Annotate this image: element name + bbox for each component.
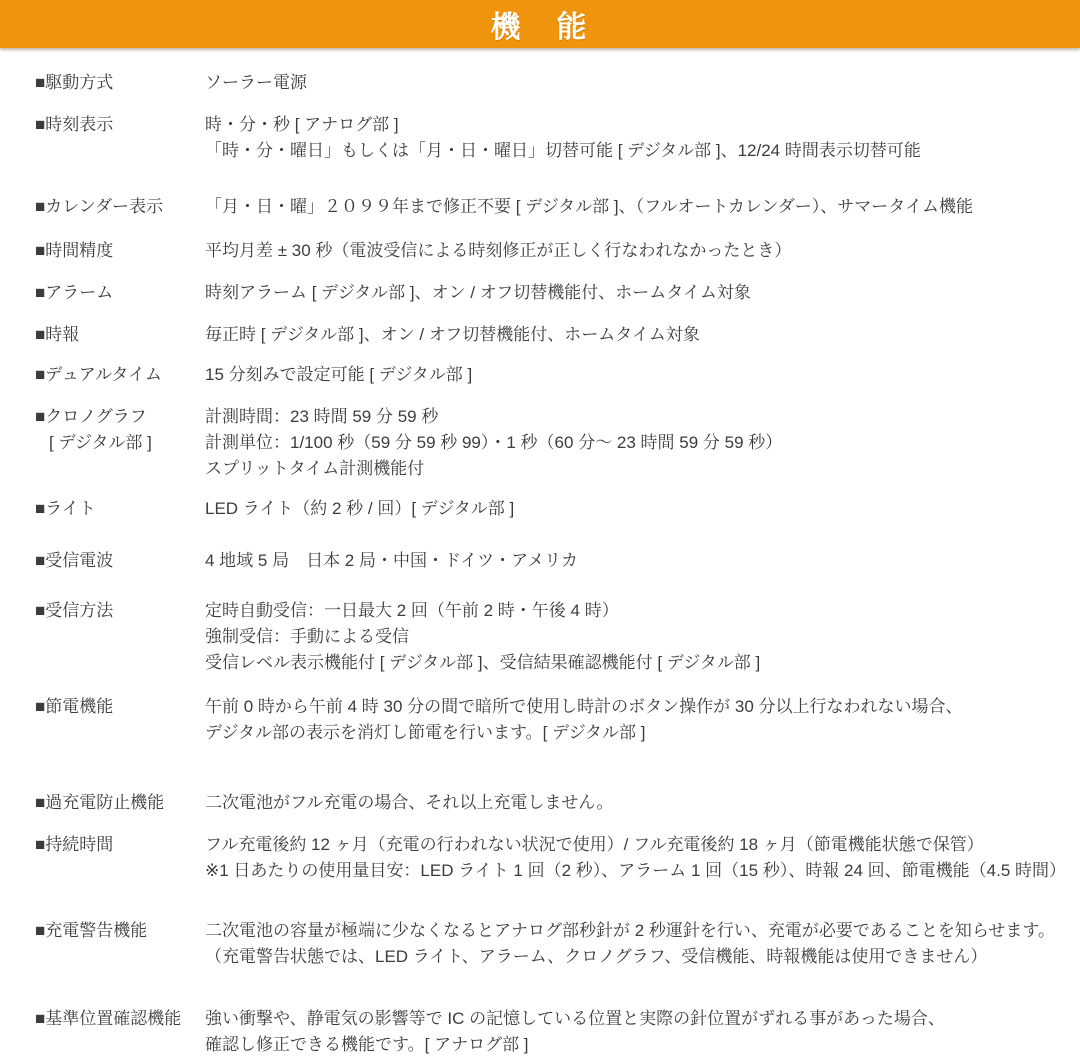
spec-line: 午前 0 時から午前 4 時 30 分の間で暗所で使用し時計のボタン操作が 30… bbox=[205, 694, 1045, 720]
spec-label: ■ライト bbox=[35, 496, 205, 522]
spec-desc: 平均月差 ± 30 秒（電波受信による時刻修正が正しく行なわれなかったとき） bbox=[205, 238, 1045, 264]
spec-line: （充電警告状態では、LED ライト、アラーム、クロノグラフ、受信機能、時報機能は… bbox=[205, 944, 1045, 970]
spec-label: ■充電警告機能 bbox=[35, 918, 205, 944]
spec-line: 4 地域 5 局 日本 2 局・中国・ドイツ・アメリカ bbox=[205, 548, 1045, 574]
spec-list: ■駆動方式 ソーラー電源 ■時刻表示 時・分・秒 [ アナログ部 ]「時・分・曜… bbox=[0, 70, 1080, 1058]
spec-label: ■クロノグラフ bbox=[35, 404, 205, 430]
spec-label-column: ■クロノグラフ [ デジタル部 ] bbox=[35, 404, 205, 456]
spec-label: ■カレンダー表示 bbox=[35, 194, 205, 220]
spec-row: ■節電機能 午前 0 時から午前 4 時 30 分の間で暗所で使用し時計のボタン… bbox=[35, 694, 1045, 746]
spec-desc: フル充電後約 12 ヶ月（充電の行われない状況で使用）/ フル充電後約 18 ヶ… bbox=[205, 832, 1045, 884]
spec-row: ■受信電波 4 地域 5 局 日本 2 局・中国・ドイツ・アメリカ bbox=[35, 548, 1045, 574]
spec-desc: 二次電池の容量が極端に少なくなるとアナログ部秒針が 2 秒運針を行い、充電が必要… bbox=[205, 918, 1045, 970]
spec-row: ■時報 毎正時 [ デジタル部 ]、オン / オフ切替機能付、ホームタイム対象 bbox=[35, 322, 1045, 348]
spec-line: 確認し修正できる機能です。[ アナログ部 ] bbox=[205, 1032, 1045, 1058]
spec-row: ■時刻表示 時・分・秒 [ アナログ部 ]「時・分・曜日」もしくは「月・日・曜日… bbox=[35, 112, 1045, 164]
spec-desc: 二次電池がフル充電の場合、それ以上充電しません。 bbox=[205, 790, 1045, 816]
spec-desc: LED ライト（約 2 秒 / 回）[ デジタル部 ] bbox=[205, 496, 1045, 522]
spec-row: ■駆動方式 ソーラー電源 bbox=[35, 70, 1045, 96]
spec-line: スプリットタイム計測機能付 bbox=[205, 456, 1045, 482]
spec-label-column: ■持続時間 bbox=[35, 832, 205, 858]
spec-row: ■ライト LED ライト（約 2 秒 / 回）[ デジタル部 ] bbox=[35, 496, 1045, 522]
spec-label-column: ■過充電防止機能 bbox=[35, 790, 205, 816]
spec-desc: 定時自動受信：一日最大 2 回（午前 2 時・午後 4 時）強制受信：手動による… bbox=[205, 598, 1045, 676]
spec-desc: 強い衝撃や、静電気の影響等で IC の記憶している位置と実際の針位置がずれる事が… bbox=[205, 1006, 1045, 1058]
spec-line: 毎正時 [ デジタル部 ]、オン / オフ切替機能付、ホームタイム対象 bbox=[205, 322, 1045, 348]
spec-row: ■デュアルタイム 15 分刻みで設定可能 [ デジタル部 ] bbox=[35, 362, 1045, 388]
spec-line: 「時・分・曜日」もしくは「月・日・曜日」切替可能 [ デジタル部 ]、12/24… bbox=[205, 138, 1045, 164]
spec-line: 15 分刻みで設定可能 [ デジタル部 ] bbox=[205, 362, 1045, 388]
spec-line: LED ライト（約 2 秒 / 回）[ デジタル部 ] bbox=[205, 496, 1045, 522]
spec-line: 時・分・秒 [ アナログ部 ] bbox=[205, 112, 1045, 138]
spec-label: ■時間精度 bbox=[35, 238, 205, 264]
spec-line: ソーラー電源 bbox=[205, 70, 1045, 96]
spec-line: 「月・日・曜」２０９９年まで修正不要 [ デジタル部 ]、（フルオートカレンダー… bbox=[205, 194, 1045, 220]
spec-label: ■時刻表示 bbox=[35, 112, 205, 138]
spec-desc: 毎正時 [ デジタル部 ]、オン / オフ切替機能付、ホームタイム対象 bbox=[205, 322, 1045, 348]
spec-label: ■基準位置確認機能 bbox=[35, 1006, 205, 1032]
spec-label-sub: [ デジタル部 ] bbox=[35, 430, 205, 456]
spec-label-column: ■節電機能 bbox=[35, 694, 205, 720]
spec-desc: 4 地域 5 局 日本 2 局・中国・ドイツ・アメリカ bbox=[205, 548, 1045, 574]
spec-line: 定時自動受信：一日最大 2 回（午前 2 時・午後 4 時） bbox=[205, 598, 1045, 624]
spec-label-column: ■受信方法 bbox=[35, 598, 205, 624]
spec-label: ■持続時間 bbox=[35, 832, 205, 858]
spec-line: 強制受信：手動による受信 bbox=[205, 624, 1045, 650]
spec-row: ■クロノグラフ [ デジタル部 ] 計測時間：23 時間 59 分 59 秒計測… bbox=[35, 404, 1045, 482]
spec-row: ■時間精度 平均月差 ± 30 秒（電波受信による時刻修正が正しく行なわれなかっ… bbox=[35, 238, 1045, 264]
spec-label-column: ■時報 bbox=[35, 322, 205, 348]
spec-line: 受信レベル表示機能付 [ デジタル部 ]、受信結果確認機能付 [ デジタル部 ] bbox=[205, 650, 1045, 676]
spec-desc: 時刻アラーム [ デジタル部 ]、オン / オフ切替機能付、ホームタイム対象 bbox=[205, 280, 1045, 306]
spec-line: 計測単位：1/100 秒（59 分 59 秒 99）・1 秒（60 分〜 23 … bbox=[205, 430, 1045, 456]
spec-line: 二次電池がフル充電の場合、それ以上充電しません。 bbox=[205, 790, 1045, 816]
spec-row: ■持続時間 フル充電後約 12 ヶ月（充電の行われない状況で使用）/ フル充電後… bbox=[35, 832, 1045, 884]
spec-label: ■時報 bbox=[35, 322, 205, 348]
spec-label-column: ■ライト bbox=[35, 496, 205, 522]
spec-desc: 計測時間：23 時間 59 分 59 秒計測単位：1/100 秒（59 分 59… bbox=[205, 404, 1045, 482]
spec-line: 強い衝撃や、静電気の影響等で IC の記憶している位置と実際の針位置がずれる事が… bbox=[205, 1006, 1045, 1032]
spec-line: デジタル部の表示を消灯し節電を行います。[ デジタル部 ] bbox=[205, 720, 1045, 746]
spec-label: ■受信電波 bbox=[35, 548, 205, 574]
spec-label: ■アラーム bbox=[35, 280, 205, 306]
spec-label: ■デュアルタイム bbox=[35, 362, 205, 388]
spec-label-column: ■受信電波 bbox=[35, 548, 205, 574]
spec-label-column: ■時間精度 bbox=[35, 238, 205, 264]
spec-label: ■駆動方式 bbox=[35, 70, 205, 96]
page-title: 機 能 bbox=[491, 2, 590, 46]
spec-row: ■アラーム 時刻アラーム [ デジタル部 ]、オン / オフ切替機能付、ホームタ… bbox=[35, 280, 1045, 306]
spec-label-column: ■アラーム bbox=[35, 280, 205, 306]
spec-label: ■受信方法 bbox=[35, 598, 205, 624]
spec-desc: ソーラー電源 bbox=[205, 70, 1045, 96]
spec-label-column: ■充電警告機能 bbox=[35, 918, 205, 944]
spec-row: ■カレンダー表示 「月・日・曜」２０９９年まで修正不要 [ デジタル部 ]、（フ… bbox=[35, 194, 1045, 220]
spec-line: 計測時間：23 時間 59 分 59 秒 bbox=[205, 404, 1045, 430]
spec-desc: 時・分・秒 [ アナログ部 ]「時・分・曜日」もしくは「月・日・曜日」切替可能 … bbox=[205, 112, 1045, 164]
spec-desc: 15 分刻みで設定可能 [ デジタル部 ] bbox=[205, 362, 1045, 388]
spec-row: ■過充電防止機能 二次電池がフル充電の場合、それ以上充電しません。 bbox=[35, 790, 1045, 816]
spec-line: フル充電後約 12 ヶ月（充電の行われない状況で使用）/ フル充電後約 18 ヶ… bbox=[205, 832, 1045, 858]
spec-row: ■受信方法 定時自動受信：一日最大 2 回（午前 2 時・午後 4 時）強制受信… bbox=[35, 598, 1045, 676]
spec-row: ■充電警告機能 二次電池の容量が極端に少なくなるとアナログ部秒針が 2 秒運針を… bbox=[35, 918, 1045, 970]
spec-line: 二次電池の容量が極端に少なくなるとアナログ部秒針が 2 秒運針を行い、充電が必要… bbox=[205, 918, 1045, 944]
spec-line: 平均月差 ± 30 秒（電波受信による時刻修正が正しく行なわれなかったとき） bbox=[205, 238, 1045, 264]
spec-desc: 「月・日・曜」２０９９年まで修正不要 [ デジタル部 ]、（フルオートカレンダー… bbox=[205, 194, 1045, 220]
spec-desc: 午前 0 時から午前 4 時 30 分の間で暗所で使用し時計のボタン操作が 30… bbox=[205, 694, 1045, 746]
spec-label: ■節電機能 bbox=[35, 694, 205, 720]
spec-line: 時刻アラーム [ デジタル部 ]、オン / オフ切替機能付、ホームタイム対象 bbox=[205, 280, 1045, 306]
spec-label-column: ■デュアルタイム bbox=[35, 362, 205, 388]
spec-label-column: ■カレンダー表示 bbox=[35, 194, 205, 220]
page-header: 機 能 bbox=[0, 0, 1080, 48]
spec-label-column: ■時刻表示 bbox=[35, 112, 205, 138]
spec-line: ※1 日あたりの使用量目安：LED ライト 1 回（2 秒）、アラーム 1 回（… bbox=[205, 858, 1045, 884]
spec-label: ■過充電防止機能 bbox=[35, 790, 205, 816]
spec-label-column: ■基準位置確認機能 bbox=[35, 1006, 205, 1032]
spec-row: ■基準位置確認機能 強い衝撃や、静電気の影響等で IC の記憶している位置と実際… bbox=[35, 1006, 1045, 1058]
spec-label-column: ■駆動方式 bbox=[35, 70, 205, 96]
